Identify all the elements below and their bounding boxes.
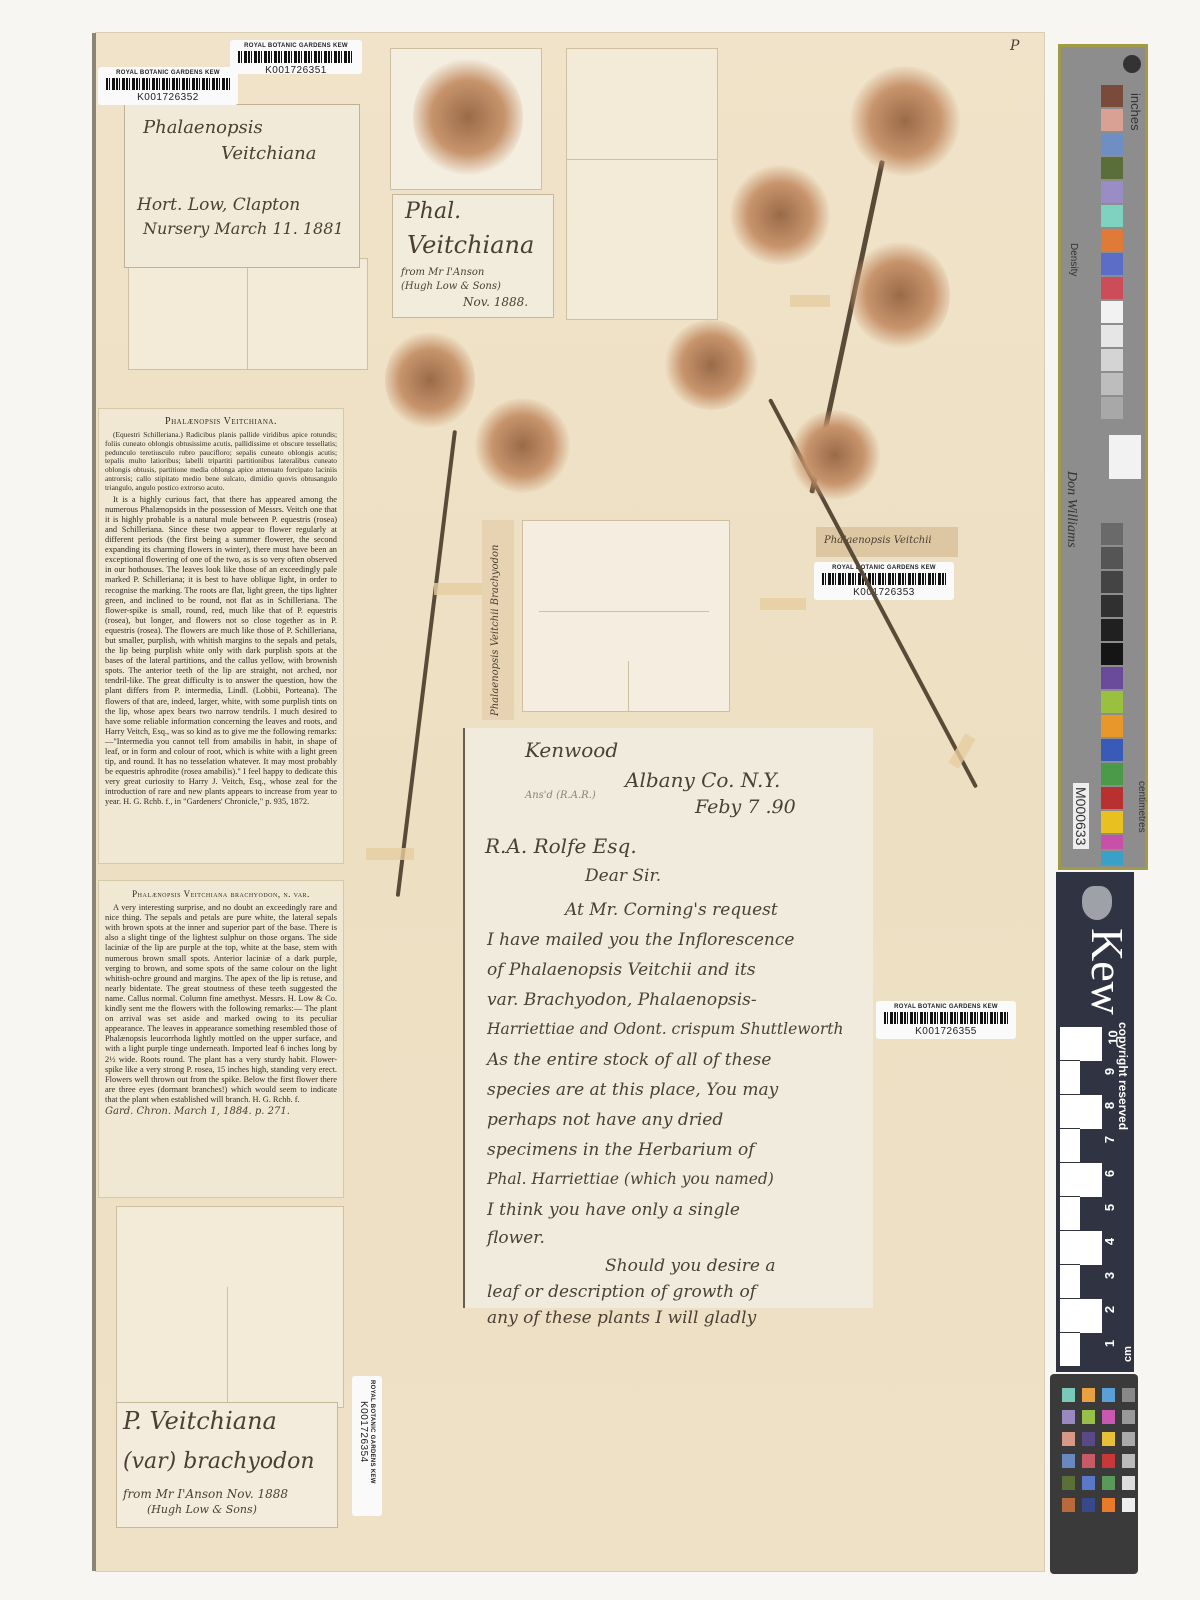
letter-line: species are at this place, You may bbox=[487, 1080, 778, 1100]
barcode bbox=[106, 78, 230, 90]
latin-diagnosis: (Equestri Schilleriana.) Radicibus plani… bbox=[105, 431, 337, 493]
strip-label-vertical: Phalaenopsis Veitchii Brachyodon bbox=[482, 520, 514, 720]
specimen-packet-top-center bbox=[390, 48, 542, 190]
chart-hole bbox=[1123, 55, 1141, 73]
letter-line: I think you have only a single bbox=[487, 1200, 740, 1220]
letter-line: perhaps not have any dried bbox=[487, 1110, 723, 1130]
mounting-tape bbox=[760, 598, 806, 610]
barcode bbox=[884, 1012, 1008, 1024]
color-calibration-chart: inches Don Williams Density M000633 cent… bbox=[1058, 44, 1148, 870]
letter-line: R.A. Rolfe Esq. bbox=[485, 834, 637, 858]
pressed-flower bbox=[850, 66, 960, 176]
letter-line: Kenwood bbox=[525, 738, 618, 762]
label-top-left: Phalaenopsis Veitchiana Hort. Low, Clapt… bbox=[124, 104, 360, 268]
chart-label-inches: inches bbox=[1128, 93, 1143, 131]
letter-line: any of these plants I will gladly bbox=[487, 1308, 756, 1328]
specimen-packet-top-left bbox=[128, 258, 368, 370]
barcode bbox=[238, 51, 354, 63]
letter-line: var. Brachyodon, Phalaenopsis- bbox=[487, 990, 757, 1010]
cm-scale bbox=[1060, 1027, 1102, 1367]
correspondence-letter: Kenwood Albany Co. N.Y. Feby 7 .90 Ans'd… bbox=[463, 728, 873, 1308]
printed-title: Phalænopsis Veitchiana. bbox=[105, 417, 337, 427]
sheet-mark: P bbox=[1010, 38, 1019, 54]
letter-line: Albany Co. N.Y. bbox=[625, 768, 780, 792]
pressed-flower bbox=[790, 410, 880, 500]
letter-line: leaf or description of growth of bbox=[487, 1282, 756, 1302]
printed-body: It is a highly curious fact, that there … bbox=[105, 495, 337, 808]
pressed-flower bbox=[475, 398, 570, 493]
letter-line: I have mailed you the Inflorescence bbox=[487, 930, 794, 950]
label-bottom-left: P. Veitchiana (var) brachyodon from Mr I… bbox=[116, 1402, 338, 1528]
pressed-flower bbox=[385, 330, 475, 430]
barcode-label: ROYAL BOTANIC GARDENS KEW K001726352 bbox=[98, 67, 238, 105]
letter-line: Phal. Harriettiae (which you named) bbox=[487, 1170, 774, 1188]
specimen-packet-center bbox=[522, 520, 730, 712]
citation: Gard. Chron. March 1, 1884. p. 271. bbox=[105, 1107, 337, 1117]
chart-brand: Don Williams bbox=[1063, 471, 1079, 548]
letter-line: Should you desire a bbox=[605, 1256, 776, 1276]
printed-body: A very interesting surprise, and no doub… bbox=[105, 903, 337, 1105]
pressed-flower bbox=[850, 240, 950, 350]
label-species: Veitchiana bbox=[221, 143, 316, 164]
color-chip-chart bbox=[1050, 1374, 1138, 1574]
printed-description-brachyodon: Phalænopsis Veitchiana brachyodon, n. va… bbox=[98, 880, 344, 1198]
label-genus: Phalaenopsis bbox=[143, 117, 263, 138]
royal-crest-icon bbox=[1082, 886, 1112, 920]
specimen-packet-bottom-left bbox=[116, 1206, 344, 1408]
letter-line: of Phalaenopsis Veitchii and its bbox=[487, 960, 756, 980]
barcode bbox=[822, 573, 946, 585]
letter-line: Ans'd (R.A.R.) bbox=[525, 790, 596, 801]
letter-line: As the entire stock of all of these bbox=[487, 1050, 771, 1070]
barcode-label-vertical: ROYAL BOTANIC GARDENS KEW K001726354 bbox=[352, 1376, 382, 1516]
mounting-tape bbox=[366, 848, 414, 860]
chart-id: M000633 bbox=[1073, 783, 1089, 849]
printed-title: Phalænopsis Veitchiana brachyodon, n. va… bbox=[105, 889, 337, 899]
barcode-label: ROYAL BOTANIC GARDENS KEW K001726355 bbox=[876, 1001, 1016, 1039]
label-date: Nursery March 11. 1881 bbox=[143, 219, 344, 238]
letter-line: At Mr. Corning's request bbox=[565, 900, 778, 920]
specimen-packet-top-right bbox=[566, 48, 718, 320]
pressed-flower bbox=[730, 165, 830, 265]
letter-line: Dear Sir. bbox=[585, 866, 661, 886]
kew-logo: Kew bbox=[1081, 928, 1134, 1015]
chart-density-label: Density bbox=[1068, 243, 1079, 276]
label-locality: Hort. Low, Clapton bbox=[137, 195, 300, 215]
printed-description-veitchiana: Phalænopsis Veitchiana. (Equestri Schill… bbox=[98, 408, 344, 864]
pressed-flower bbox=[413, 57, 523, 177]
barcode-label: ROYAL BOTANIC GARDENS KEW K001726353 bbox=[814, 562, 954, 600]
mounting-tape bbox=[790, 295, 830, 307]
kew-scale-bar: Kew copyright reserved 10 9 8 7 6 5 4 3 … bbox=[1056, 872, 1134, 1372]
letter-line: Harriettiae and Odont. crispum Shuttlewo… bbox=[487, 1020, 844, 1038]
label-top-center: Phal. Veitchiana from Mr I'Anson (Hugh L… bbox=[392, 194, 554, 318]
letter-line: flower. bbox=[487, 1228, 545, 1248]
mounting-tape bbox=[434, 583, 482, 595]
pressed-flower bbox=[664, 320, 759, 410]
barcode-label: ROYAL BOTANIC GARDENS KEW K001726351 bbox=[230, 40, 362, 74]
letter-line: specimens in the Herbarium of bbox=[487, 1140, 755, 1160]
letter-line: Feby 7 .90 bbox=[695, 796, 796, 818]
chart-label-cm: centimetres bbox=[1136, 781, 1147, 833]
